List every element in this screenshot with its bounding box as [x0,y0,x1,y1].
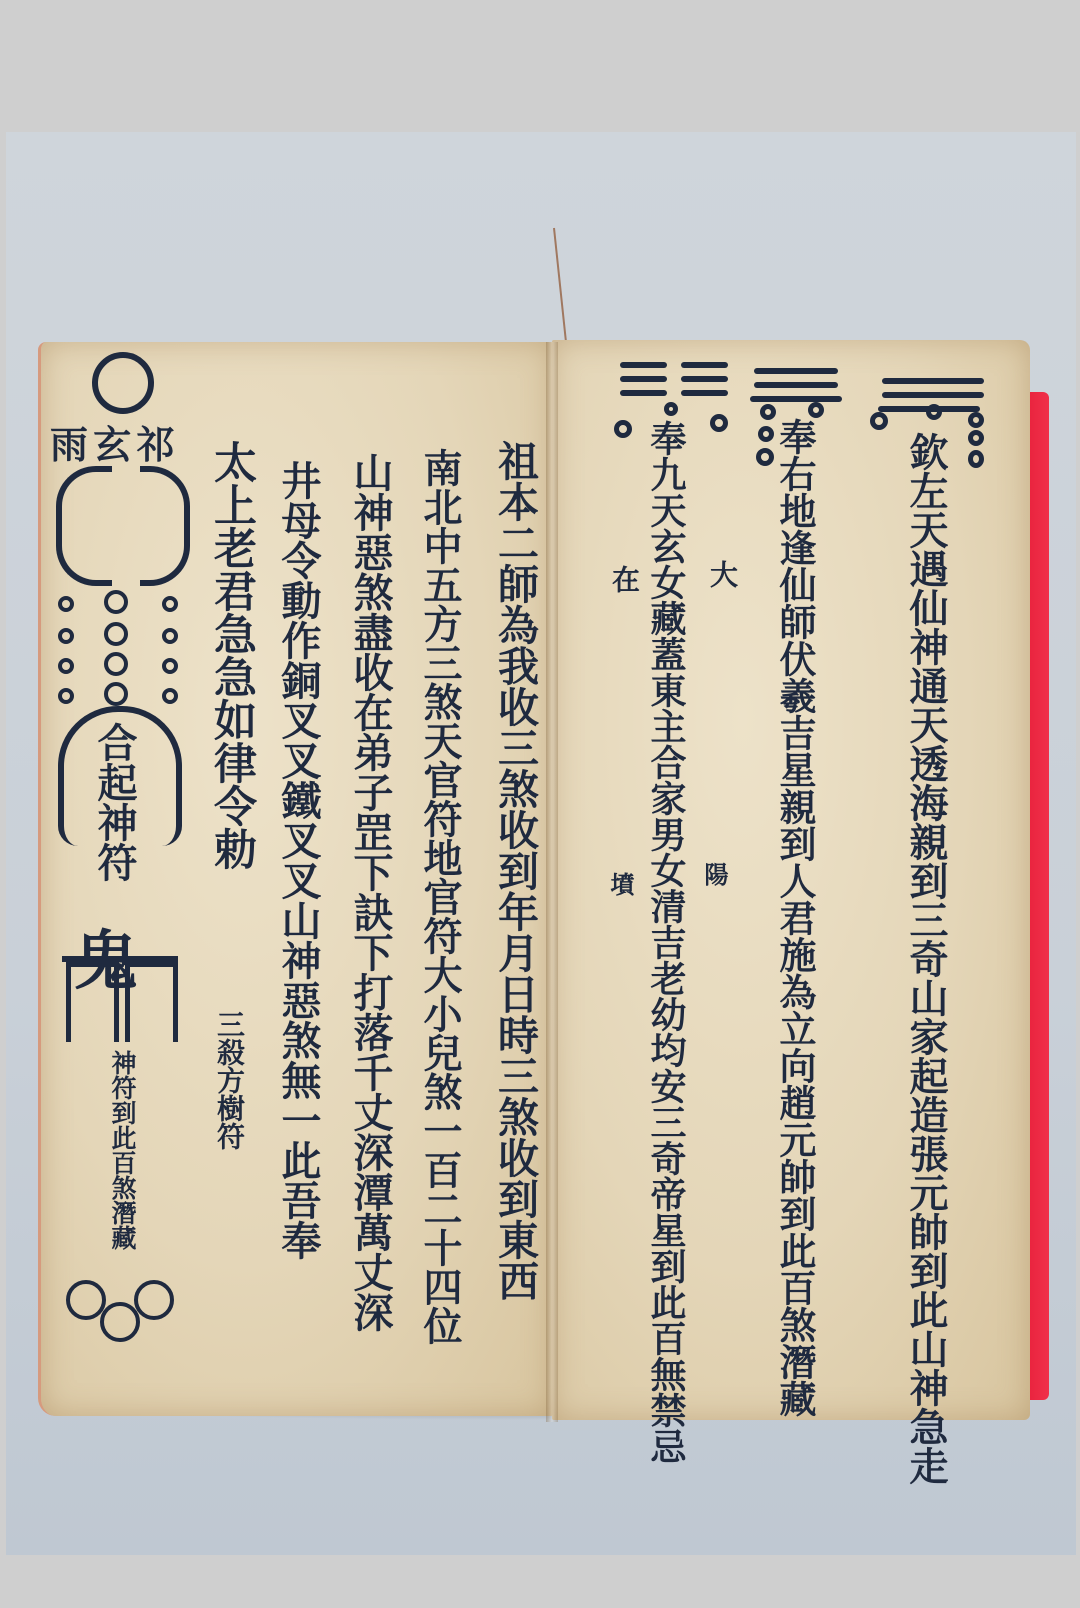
side-char-fen: 墳 [608,872,632,896]
talisman-swirl-icon [66,1280,106,1320]
right-col2-symbol-icon [750,368,842,402]
right-col1-text: 欽左天遇仙神通天透海親到三奇山家起造張元帥到此山神急走 [906,432,945,1485]
talisman-swirl-icon [100,1302,140,1342]
talisman-top-glyphs: 雨 玄 祁 [50,414,170,469]
talisman-middle-glyphs: 合起神符 [94,722,134,882]
chain-circle-icon [614,420,632,438]
chain-circle-icon [808,402,824,418]
right-col2-text: 奉右地逢仙師伏羲吉星親到人君施為立向趙元帥到此百煞潛藏 [776,418,813,1417]
talisman-circle-icon [162,628,178,644]
left-col3-text: 山神惡煞盡收在弟子罡下訣下打落千丈深潭萬丈深 [350,452,390,1332]
chain-circle-icon [968,412,984,428]
chain-circle-icon [968,450,984,468]
talisman-circle-icon [58,596,74,612]
chain-circle-icon [756,448,774,466]
talisman-drawing: 雨 玄 祁 合起神符 鬼 神符到此百煞潛藏 [44,350,194,1390]
talisman-circle-icon [104,652,128,676]
left-col1-text: 祖本二師為我收三煞收到年月日時三煞收到東西 [494,440,535,1301]
right-col3-symbol-icon [620,362,728,396]
left-caption-text: 三殺方樹符 [215,1010,243,1150]
chain-circle-icon [664,402,678,416]
talisman-circle-icon [58,628,74,644]
chain-circle-icon [926,404,942,420]
left-col2-text: 南北中五方三煞天官符地官符大小兒煞一百二十四位 [420,448,459,1345]
chain-circle-icon [710,414,728,432]
talisman-swirl-icon [134,1280,174,1320]
talisman-lobe-icon [140,466,190,586]
side-char-da: 大 [708,560,736,588]
side-char-yang: 陽 [702,862,726,886]
talisman-circle-icon [58,658,74,674]
talisman-circle-icon [58,688,74,704]
talisman-circle-icon [162,596,178,612]
talisman-seal-icon [66,962,178,1042]
side-char-zai: 在 [610,565,638,593]
talisman-circle-icon [162,688,178,704]
talisman-inscription: 神符到此百煞潛藏 [110,1050,135,1250]
talisman-circle-icon [104,622,128,646]
talisman-circle-icon [162,658,178,674]
talisman-lobe-icon [56,466,112,586]
chain-circle-icon [758,426,774,442]
talisman-loop-icon [92,352,154,414]
book-spine [546,342,558,1422]
chain-circle-icon [968,430,984,446]
chain-circle-icon [870,412,888,430]
talisman-circle-icon [104,590,128,614]
left-col4-text: 井母令動作銅叉叉鐵叉叉山神惡煞無一此吾奉 [278,460,318,1260]
talisman-circle-icon [104,682,128,706]
left-col5-text: 太上老君急急如律令勅 [210,440,253,870]
right-col3-text: 奉九天玄女藏蓋東主合家男女清吉老幼均安三奇帝星到此百無禁忌 [648,420,684,1464]
